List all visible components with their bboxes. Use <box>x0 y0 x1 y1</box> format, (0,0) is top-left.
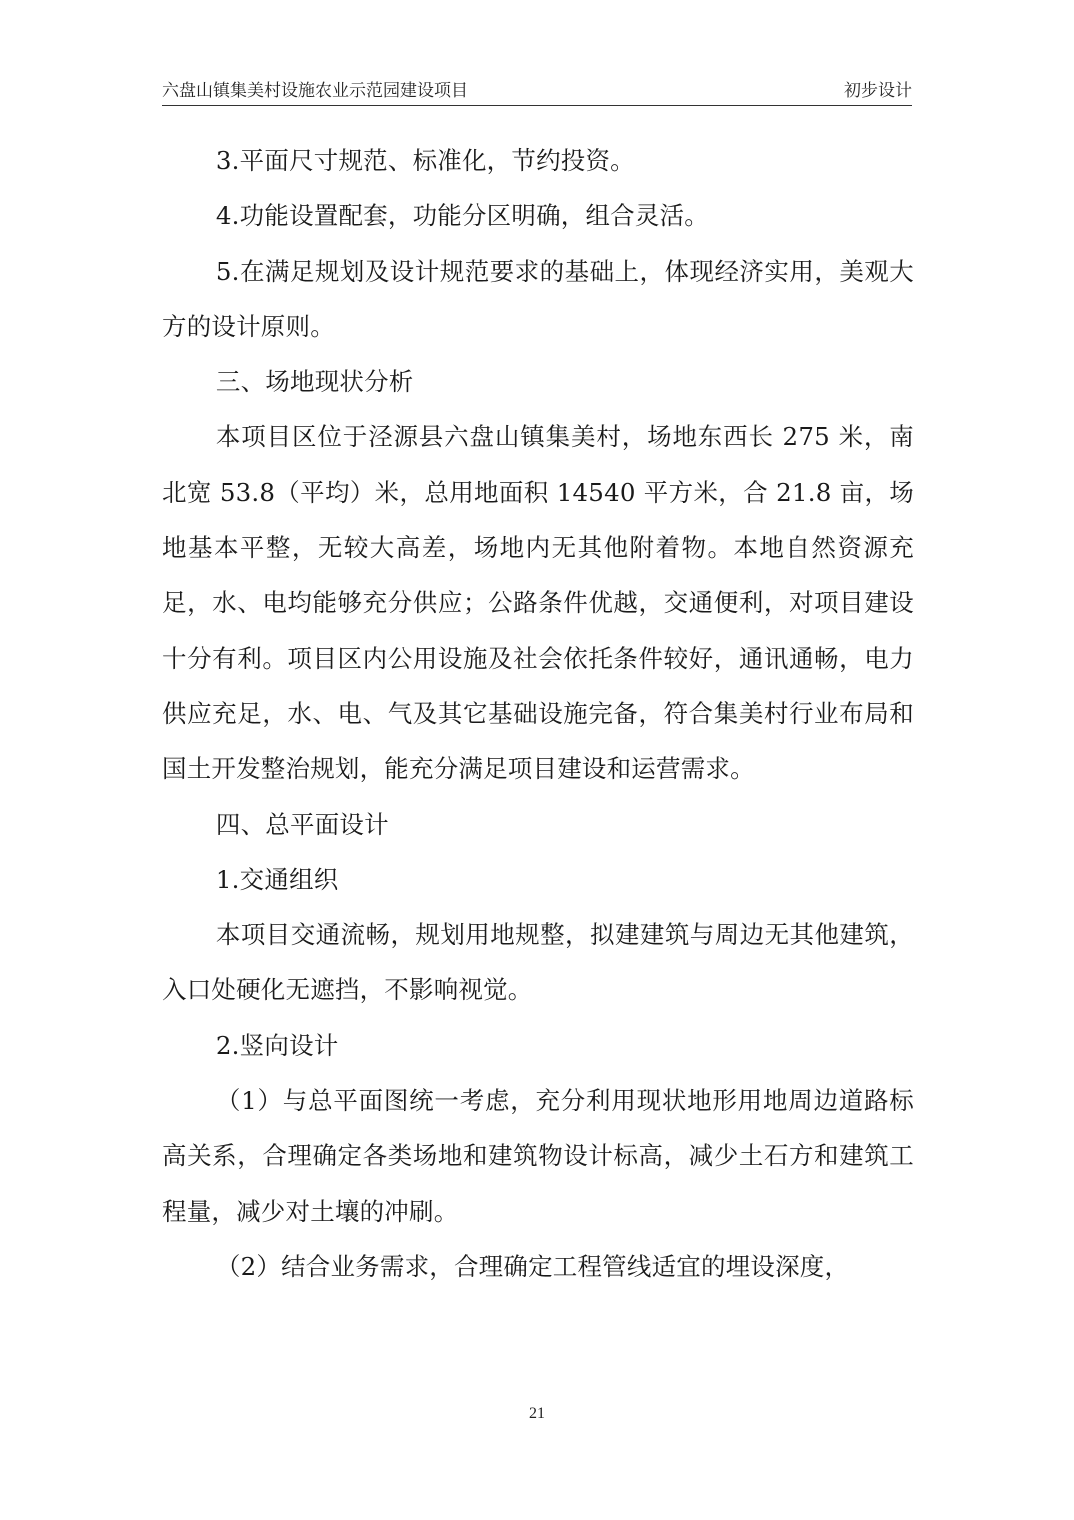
document-title: 六盘山镇集美村设施农业示范园建设项目 <box>162 80 468 102</box>
page-header: 六盘山镇集美村设施农业示范园建设项目 初步设计 <box>162 74 912 106</box>
section-heading-master-plan: 四、总平面设计 <box>162 797 914 852</box>
subheading-vertical-design: 2.竖向设计 <box>162 1018 914 1073</box>
paragraph-traffic: 本项目交通流畅，规划用地规整，拟建建筑与周边无其他建筑，入口处硬化无遮挡，不影响… <box>162 907 914 1018</box>
paragraph-vertical-2: （2）结合业务需求，合理确定工程管线适宜的埋设深度， <box>162 1239 914 1294</box>
page-body: 3.平面尺寸规范、标准化，节约投资。 4.功能设置配套，功能分区明确，组合灵活。… <box>162 133 914 1294</box>
list-item-3: 3.平面尺寸规范、标准化，节约投资。 <box>162 133 914 188</box>
document-section: 初步设计 <box>844 80 912 102</box>
paragraph-site-analysis: 本项目区位于泾源县六盘山镇集美村，场地东西长 275 米，南北宽 53.8（平均… <box>162 409 914 796</box>
paragraph-vertical-1: （1）与总平面图统一考虑，充分利用现状地形用地周边道路标高关系，合理确定各类场地… <box>162 1073 914 1239</box>
list-item-5: 5.在满足规划及设计规范要求的基础上，体现经济实用，美观大方的设计原则。 <box>162 244 914 355</box>
subheading-traffic: 1.交通组织 <box>162 852 914 907</box>
section-heading-site-analysis: 三、场地现状分析 <box>162 354 914 409</box>
page-number: 21 <box>0 1405 1074 1423</box>
list-item-4: 4.功能设置配套，功能分区明确，组合灵活。 <box>162 188 914 243</box>
